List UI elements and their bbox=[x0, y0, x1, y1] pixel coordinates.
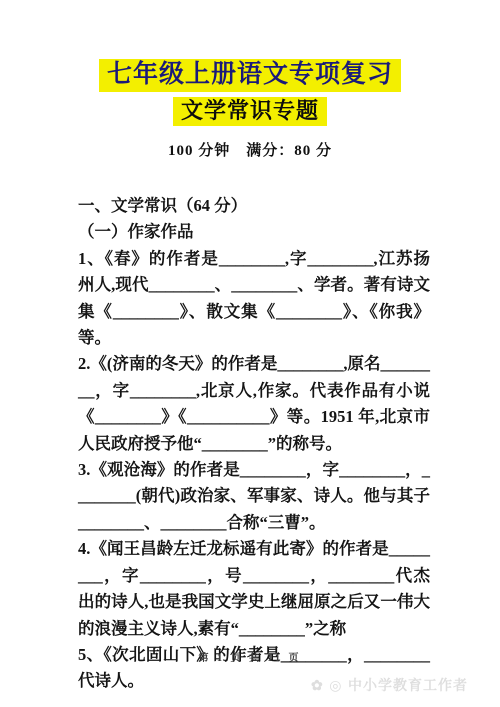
question-2: 2.《(济南的冬天》的作者是________,原名________，字_____… bbox=[78, 351, 430, 457]
main-title: 七年级上册语文专项复习 bbox=[107, 61, 393, 88]
question-1: 1、《春》的作者是________,字________,江苏扬州人,现代____… bbox=[78, 246, 430, 352]
watermark: ✿ ◎ 中小学教育工作者 bbox=[311, 675, 468, 695]
watermark-text: 中小学教育工作者 bbox=[348, 679, 468, 694]
sub-title-row: 文学常识专题 bbox=[0, 97, 500, 126]
watermark-circle-icon: ◎ bbox=[329, 679, 342, 694]
question-3: 3.《观沧海》的作者是________，字________，________(朝… bbox=[78, 457, 430, 536]
sub-title: 文学常识专题 bbox=[181, 98, 319, 123]
question-4: 4.《闻王昌龄左迁龙标遥有此寄》的作者是________，字________，号… bbox=[78, 536, 430, 642]
sub-title-highlight: 文学常识专题 bbox=[173, 97, 327, 126]
watermark-flower-icon: ✿ bbox=[311, 679, 324, 694]
page-header: 七年级上册语文专项复习 文学常识专题 100 分钟 满分：80 分 bbox=[0, 0, 500, 160]
main-title-highlight: 七年级上册语文专项复习 bbox=[99, 59, 401, 92]
worksheet-page: 七年级上册语文专项复习 文学常识专题 100 分钟 满分：80 分 一、文学常识… bbox=[0, 0, 500, 707]
subsection-heading: （一）作家作品 bbox=[78, 219, 430, 245]
exam-duration-score-line: 100 分钟 满分：80 分 bbox=[0, 139, 500, 160]
worksheet-body: 一、文学常识（64 分） （一）作家作品 1、《春》的作者是________,字… bbox=[78, 193, 430, 695]
main-title-row: 七年级上册语文专项复习 bbox=[0, 59, 500, 92]
section-heading: 一、文学常识（64 分） bbox=[78, 193, 430, 219]
page-number-indicator: 第 1 页 共 11 页 bbox=[0, 649, 500, 664]
